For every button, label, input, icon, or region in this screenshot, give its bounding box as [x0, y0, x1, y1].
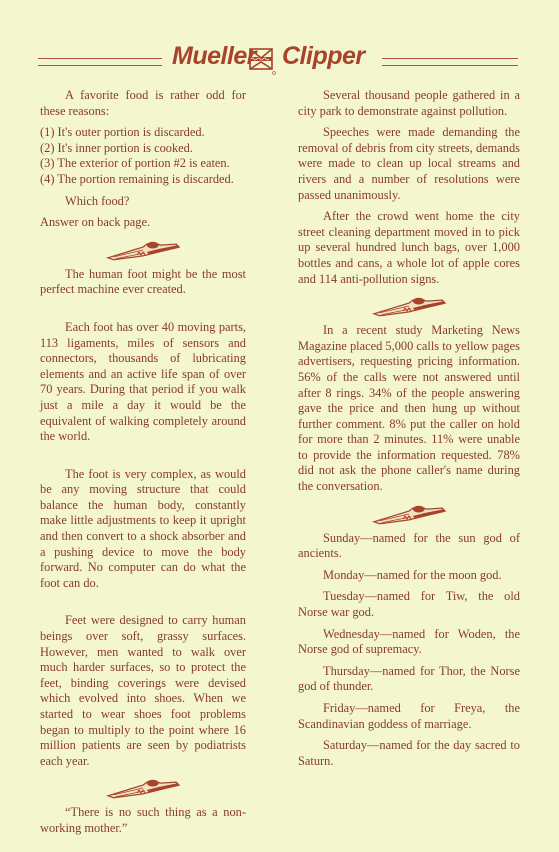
riddle-item: (2) It's inner portion is cooked. [40, 141, 246, 157]
masthead: Mueller Clipper [0, 40, 559, 80]
pollution-paragraph-3: After the crowd went home the city stree… [298, 209, 520, 287]
riddle-item: (3) The exterior of portion #2 is eaten. [40, 156, 246, 172]
right-column: Several thousand people gathered in a ci… [298, 88, 520, 769]
alligator-clip-icon [104, 777, 182, 799]
masthead-rule-left [38, 58, 162, 66]
day-saturday: Saturday—named for the day sacred to Sat… [298, 738, 520, 769]
alligator-clip-icon [370, 503, 448, 525]
riddle-answer-note: Answer on back page. [40, 215, 246, 231]
riddle-item: (1) It's outer portion is discarded. [40, 125, 246, 141]
quote: “There is no such thing as a non-working… [40, 805, 246, 836]
riddle-intro: A favorite food is rather odd for these … [40, 88, 246, 119]
masthead-title-left: Mueller [172, 42, 256, 71]
alligator-clip-icon [370, 295, 448, 317]
mueller-m-logo-icon [248, 46, 278, 76]
day-friday: Friday—named for Freya, the Scandinavian… [298, 701, 520, 732]
day-wednesday: Wednesday—named for Woden, the Norse god… [298, 627, 520, 658]
riddle-question: Which food? [40, 194, 246, 210]
pollution-paragraph-1: Several thousand people gathered in a ci… [298, 88, 520, 119]
masthead-rule-right [382, 58, 518, 66]
day-monday: Monday—named for the moon god. [298, 568, 520, 584]
day-sunday: Sunday—named for the sun god of ancients… [298, 531, 520, 562]
foot-complex: The foot is very complex, as would be an… [40, 467, 246, 592]
riddle-item: (4) The portion remaining is discarded. [40, 172, 246, 188]
left-column: A favorite food is rather odd for these … [40, 88, 246, 837]
day-tuesday: Tuesday—named for Tiw, the old Norse war… [298, 589, 520, 620]
masthead-title-right: Clipper [282, 42, 365, 71]
day-thursday: Thursday—named for Thor, the Norse god o… [298, 664, 520, 695]
feet-designed: Feet were designed to carry human beings… [40, 613, 246, 769]
marketing-study: In a recent study Marketing News Magazin… [298, 323, 520, 495]
foot-intro: The human foot might be the most perfect… [40, 267, 246, 298]
alligator-clip-icon [104, 239, 182, 261]
pollution-paragraph-2: Speeches were made demanding the removal… [298, 125, 520, 203]
foot-parts: Each foot has over 40 moving parts, 113 … [40, 320, 246, 445]
